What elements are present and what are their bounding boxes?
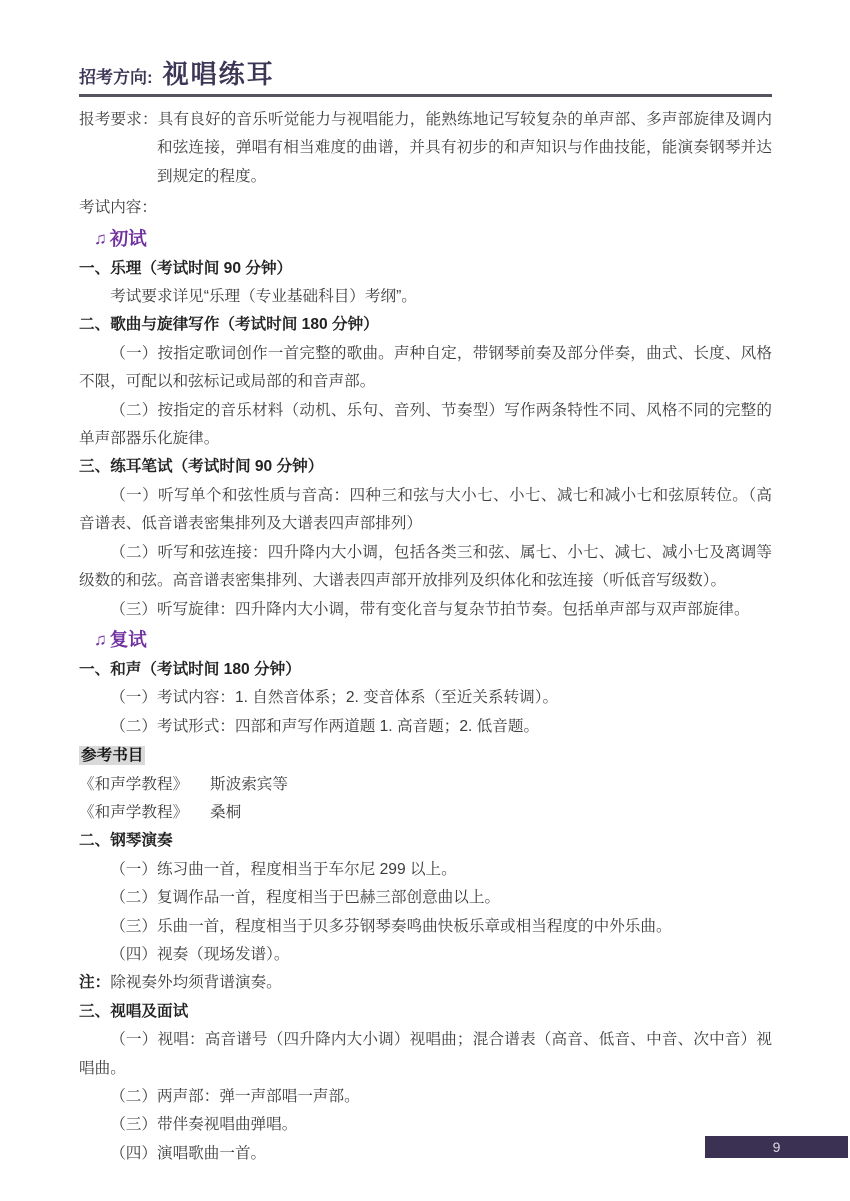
round-first-heading: ♫ 初试 bbox=[94, 225, 772, 253]
reference-book-row: 《和声学教程》 桑桐 bbox=[79, 799, 772, 827]
beamed-notes-icon: ♫ bbox=[94, 225, 107, 253]
ear-training-item-3: （三）听写旋律：四升降内大小调，带有变化音与复杂节拍节奏。包括单声部与双声部旋律… bbox=[79, 596, 772, 624]
requirements-text: 具有良好的音乐听觉能力与视唱能力，能熟练地记写较复杂的单声部、多声部旋律及调内和… bbox=[157, 111, 772, 185]
page-number: 9 bbox=[773, 1139, 781, 1155]
sight-singing-item-1: （一）视唱：高音谱号（四升降内大小调）视唱曲；混合谱表（高音、低音、中音、次中音… bbox=[79, 1026, 772, 1083]
piano-item-4: （四）视奏（现场发谱）。 bbox=[79, 941, 772, 969]
section-heading-song-writing: 二、歌曲与旋律写作（考试时间 180 分钟） bbox=[79, 311, 772, 339]
document-content: 招考方向: 视唱练耳 报考要求：具有良好的音乐听觉能力与视唱能力，能熟练地记写较… bbox=[79, 60, 772, 1168]
song-writing-item-1: （一）按指定歌词创作一首完整的歌曲。声种自定，带钢琴前奏及部分伴奏，曲式、长度、… bbox=[79, 340, 772, 397]
harmony-item-2: （二）考试形式：四部和声写作两道题 1. 高音题；2. 低音题。 bbox=[79, 713, 772, 741]
book-title: 《和声学教程》 bbox=[79, 771, 210, 799]
round-second-heading: ♫ 复试 bbox=[94, 626, 772, 654]
page-title: 视唱练耳 bbox=[163, 60, 275, 88]
song-writing-item-2: （二）按指定的音乐材料（动机、乐句、音列、节奏型）写作两条特性不同、风格不同的完… bbox=[79, 397, 772, 454]
section-heading-harmony: 一、和声（考试时间 180 分钟） bbox=[79, 656, 772, 684]
section-heading-theory: 一、乐理（考试时间 90 分钟） bbox=[79, 255, 772, 283]
note-text: 除视奏外均须背谱演奏。 bbox=[110, 974, 282, 991]
performance-note: 注：除视奏外均须背谱演奏。 bbox=[79, 969, 772, 997]
piano-item-3: （三）乐曲一首，程度相当于贝多芬钢琴奏鸣曲快板乐章或相当程度的中外乐曲。 bbox=[79, 913, 772, 941]
ear-training-item-1: （一）听写单个和弦性质与音高：四种三和弦与大小七、小七、减七和减小七和弦原转位。… bbox=[79, 482, 772, 539]
ear-training-item-2: （二）听写和弦连接：四升降内大小调，包括各类三和弦、属七、小七、减七、减小七及离… bbox=[79, 539, 772, 596]
reference-book-row: 《和声学教程》 斯波索宾等 bbox=[79, 771, 772, 799]
section-heading-sight-singing: 三、视唱及面试 bbox=[79, 998, 772, 1026]
round-second-label: 复试 bbox=[110, 626, 147, 654]
sight-singing-item-4: （四）演唱歌曲一首。 bbox=[79, 1140, 772, 1168]
reference-heading-text: 参考书目 bbox=[79, 746, 145, 765]
sight-singing-item-3: （三）带伴奏视唱曲弹唱。 bbox=[79, 1111, 772, 1139]
page-number-badge: 9 bbox=[705, 1136, 848, 1158]
harmony-item-1: （一）考试内容：1. 自然音体系；2. 变音体系（至近关系转调）。 bbox=[79, 684, 772, 712]
beamed-notes-icon: ♫ bbox=[94, 626, 107, 654]
piano-item-2: （二）复调作品一首，程度相当于巴赫三部创意曲以上。 bbox=[79, 884, 772, 912]
sight-singing-item-2: （二）两声部：弹一声部唱一声部。 bbox=[79, 1083, 772, 1111]
section-heading-ear-training: 三、练耳笔试（考试时间 90 分钟） bbox=[79, 453, 772, 481]
reference-heading: 参考书目 bbox=[79, 742, 772, 770]
requirements-label: 报考要求： bbox=[79, 111, 158, 128]
note-label: 注： bbox=[79, 974, 110, 991]
section-heading-piano: 二、钢琴演奏 bbox=[79, 827, 772, 855]
document-page: 招考方向: 视唱练耳 报考要求：具有良好的音乐听觉能力与视唱能力，能熟练地记写较… bbox=[0, 0, 850, 1201]
book-author: 桑桐 bbox=[210, 799, 241, 827]
application-requirements: 报考要求：具有良好的音乐听觉能力与视唱能力，能熟练地记写较复杂的单声部、多声部旋… bbox=[79, 106, 772, 191]
direction-label: 招考方向: bbox=[79, 64, 153, 92]
piano-item-1: （一）练习曲一首，程度相当于车尔尼 299 以上。 bbox=[79, 856, 772, 884]
book-title: 《和声学教程》 bbox=[79, 799, 210, 827]
theory-item: 考试要求详见“乐理（专业基础科目）考纲”。 bbox=[79, 283, 772, 311]
book-author: 斯波索宾等 bbox=[210, 771, 288, 799]
exam-content-label: 考试内容： bbox=[79, 194, 772, 222]
round-first-label: 初试 bbox=[110, 225, 147, 253]
page-header: 招考方向: 视唱练耳 bbox=[79, 60, 772, 97]
